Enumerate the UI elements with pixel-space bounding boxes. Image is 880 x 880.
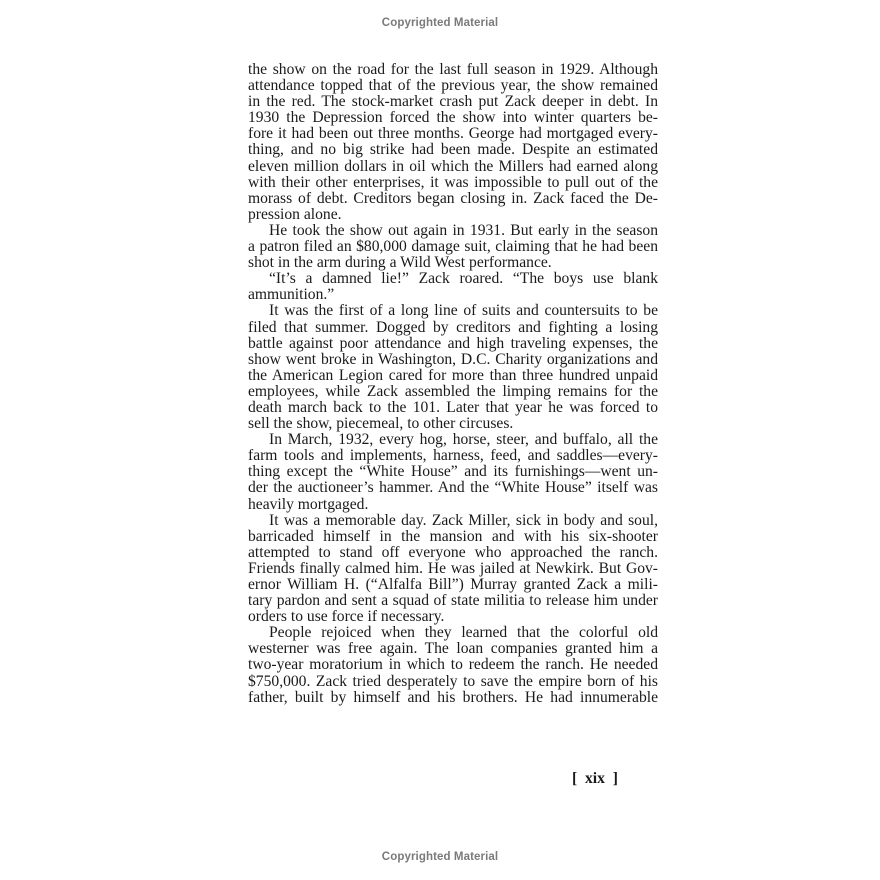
text-line: pression alone. [248, 207, 658, 223]
text-line: morass of debt. Creditors began closing … [248, 191, 658, 207]
text-line: attempted to stand off everyone who appr… [248, 545, 658, 561]
text-line: thing, and no big strike had been made. … [248, 142, 658, 158]
text-line: In March, 1932, every hog, horse, steer,… [248, 432, 658, 448]
page-number: [ xix ] [572, 770, 618, 788]
text-line: ammunition.” [248, 287, 658, 303]
paragraph: In March, 1932, every hog, horse, steer,… [248, 432, 658, 512]
paragraph: He took the show out again in 1931. But … [248, 223, 658, 271]
body-text: the show on the road for the last full s… [248, 62, 658, 706]
text-line: Friends finally calmed him. He was jaile… [248, 561, 658, 577]
text-line: battle against poor attendance and high … [248, 336, 658, 352]
text-line: the American Legion cared for more than … [248, 368, 658, 384]
text-line: People rejoiced when they learned that t… [248, 625, 658, 641]
text-line: orders to use force if necessary. [248, 609, 658, 625]
text-line: father, built by himself and his brother… [248, 690, 658, 706]
text-line: “It’s a damned lie!” Zack roared. “The b… [248, 271, 658, 287]
paragraph: the show on the road for the last full s… [248, 62, 658, 223]
text-line: eleven million dollars in oil which the … [248, 159, 658, 175]
text-line: attendance topped that of the previous y… [248, 78, 658, 94]
text-line: filed that summer. Dogged by creditors a… [248, 320, 658, 336]
text-line: sell the show, piecemeal, to other circu… [248, 416, 658, 432]
text-line: with their other enterprises, it was imp… [248, 175, 658, 191]
text-line: $750,000. Zack tried desperately to save… [248, 674, 658, 690]
text-line: two-year moratorium in which to redeem t… [248, 657, 658, 673]
paragraph: “It’s a damned lie!” Zack roared. “The b… [248, 271, 658, 303]
text-line: thing except the “White House” and its f… [248, 464, 658, 480]
paragraph: It was a memorable day. Zack Miller, sic… [248, 513, 658, 626]
text-line: employees, while Zack assembled the limp… [248, 384, 658, 400]
text-line: in the red. The stock-market crash put Z… [248, 94, 658, 110]
text-line: heavily mortgaged. [248, 497, 658, 513]
text-line: ernor William H. (“Alfalfa Bill”) Murray… [248, 577, 658, 593]
copyright-watermark-top: Copyrighted Material [0, 17, 880, 29]
text-line: tary pardon and sent a squad of state mi… [248, 593, 658, 609]
text-line: fore it had been out three months. Georg… [248, 126, 658, 142]
text-line: show went broke in Washington, D.C. Char… [248, 352, 658, 368]
text-line: It was the first of a long line of suits… [248, 303, 658, 319]
text-line: barricaded himself in the mansion and wi… [248, 529, 658, 545]
text-line: the show on the road for the last full s… [248, 62, 658, 78]
copyright-watermark-bottom: Copyrighted Material [0, 851, 880, 863]
text-line: shot in the arm during a Wild West perfo… [248, 255, 658, 271]
text-line: der the auctioneer’s hammer. And the “Wh… [248, 480, 658, 496]
text-line: a patron filed an $80,000 damage suit, c… [248, 239, 658, 255]
paragraph: People rejoiced when they learned that t… [248, 625, 658, 705]
text-line: westerner was free again. The loan compa… [248, 641, 658, 657]
text-line: It was a memorable day. Zack Miller, sic… [248, 513, 658, 529]
paragraph: It was the first of a long line of suits… [248, 303, 658, 432]
text-line: 1930 the Depression forced the show into… [248, 110, 658, 126]
text-line: death march back to the 101. Later that … [248, 400, 658, 416]
text-line: farm tools and implements, harness, feed… [248, 448, 658, 464]
text-line: He took the show out again in 1931. But … [248, 223, 658, 239]
